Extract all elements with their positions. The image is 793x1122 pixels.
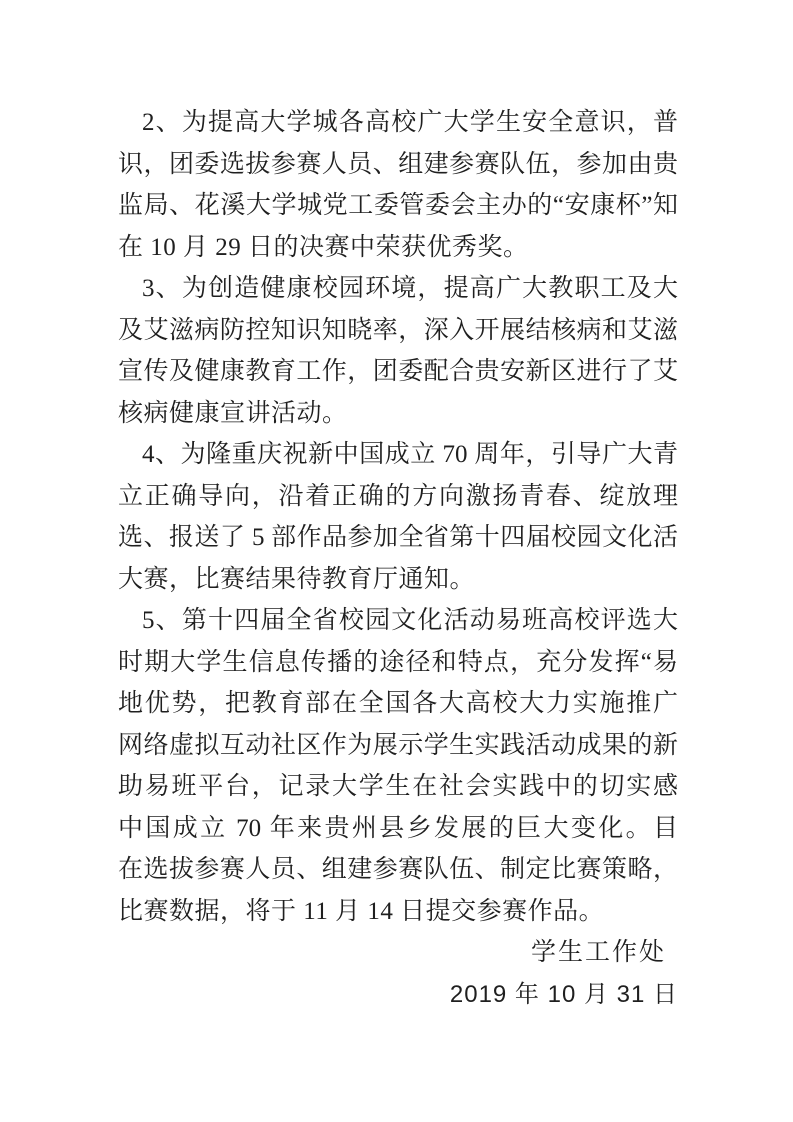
paragraph-3-line-4: 核病健康宣讲活动。: [118, 393, 678, 435]
paragraph-5-line-1: 5、第十四届全省校园文化活动易班高校评选大赛是结合新: [118, 600, 678, 642]
document-body: 2、为提高大学城各高校广大学生安全意识，普及安全知识，团委选拔参赛人员、组建参赛…: [118, 102, 678, 932]
paragraph-4-line-3: 选、报送了 5 部作品参加全省第十四届校园文化活动月抖音: [118, 517, 678, 559]
text-column: 2、为提高大学城各高校广大学生安全意识，普及安全知识，团委选拔参赛人员、组建参赛…: [118, 102, 678, 1015]
paragraph-5-line-4: 网络虚拟互动社区作为展示学生实践活动成果的新平台,借: [118, 725, 678, 767]
paragraph-2-line-1: 2、为提高大学城各高校广大学生安全意识，普及安全知: [118, 102, 678, 144]
signature: 学生工作处: [118, 932, 678, 974]
paragraph-5-line-5: 助易班平台，记录大学生在社会实践中的切实感受，展现新: [118, 766, 678, 808]
paragraph-2-line-2: 识，团委选拔参赛人员、组建参赛队伍，参加由贵安新区安: [118, 144, 678, 186]
paragraph-2: 2、为提高大学城各高校广大学生安全意识，普及安全知识，团委选拔参赛人员、组建参赛…: [118, 102, 678, 268]
paragraph-2-line-3: 监局、花溪大学城党工委管委会主办的“安康杯”知识竞赛，: [118, 185, 678, 227]
paragraph-3-line-3: 宣传及健康教育工作，团委配合贵安新区进行了艾滋病和结: [118, 351, 678, 393]
document-page: 2、为提高大学城各高校广大学生安全意识，普及安全知识，团委选拔参赛人员、组建参赛…: [0, 0, 793, 1122]
paragraph-4: 4、为隆重庆祝新中国成立 70 周年，引导广大青年学子树立正确导向，沿着正确的方…: [118, 434, 678, 600]
paragraph-3-line-1: 3、为创造健康校园环境，提高广大教职工及大学生结核病: [118, 268, 678, 310]
paragraph-5-line-6: 中国成立 70 年来贵州县乡发展的巨大变化。目前，团委正: [118, 808, 678, 850]
paragraph-5-line-3: 地优势，把教育部在全国各大高校大力实施推广的“易班”: [118, 683, 678, 725]
paragraph-4-line-2: 立正确导向，沿着正确的方向激扬青春、绽放理想，团委征: [118, 476, 678, 518]
paragraph-5-line-8: 比赛数据，将于 11 月 14 日提交参赛作品。: [118, 891, 678, 933]
date: 2019 年 10 月 31 日: [118, 974, 678, 1016]
paragraph-5: 5、第十四届全省校园文化活动易班高校评选大赛是结合新时期大学生信息传播的途径和特…: [118, 600, 678, 932]
paragraph-3-line-2: 及艾滋病防控知识知晓率，深入开展结核病和艾滋病的防治: [118, 310, 678, 352]
paragraph-5-line-7: 在选拔参赛人员、组建参赛队伍、制定比赛策略，筹备相关: [118, 849, 678, 891]
paragraph-2-line-4: 在 10 月 29 日的决赛中荣获优秀奖。: [118, 227, 678, 269]
paragraph-3: 3、为创造健康校园环境，提高广大教职工及大学生结核病及艾滋病防控知识知晓率，深入…: [118, 268, 678, 434]
paragraph-5-line-2: 时期大学生信息传播的途径和特点，充分发挥“易班”的阵: [118, 642, 678, 684]
paragraph-4-line-4: 大赛，比赛结果待教育厅通知。: [118, 559, 678, 601]
paragraph-4-line-1: 4、为隆重庆祝新中国成立 70 周年，引导广大青年学子树: [118, 434, 678, 476]
